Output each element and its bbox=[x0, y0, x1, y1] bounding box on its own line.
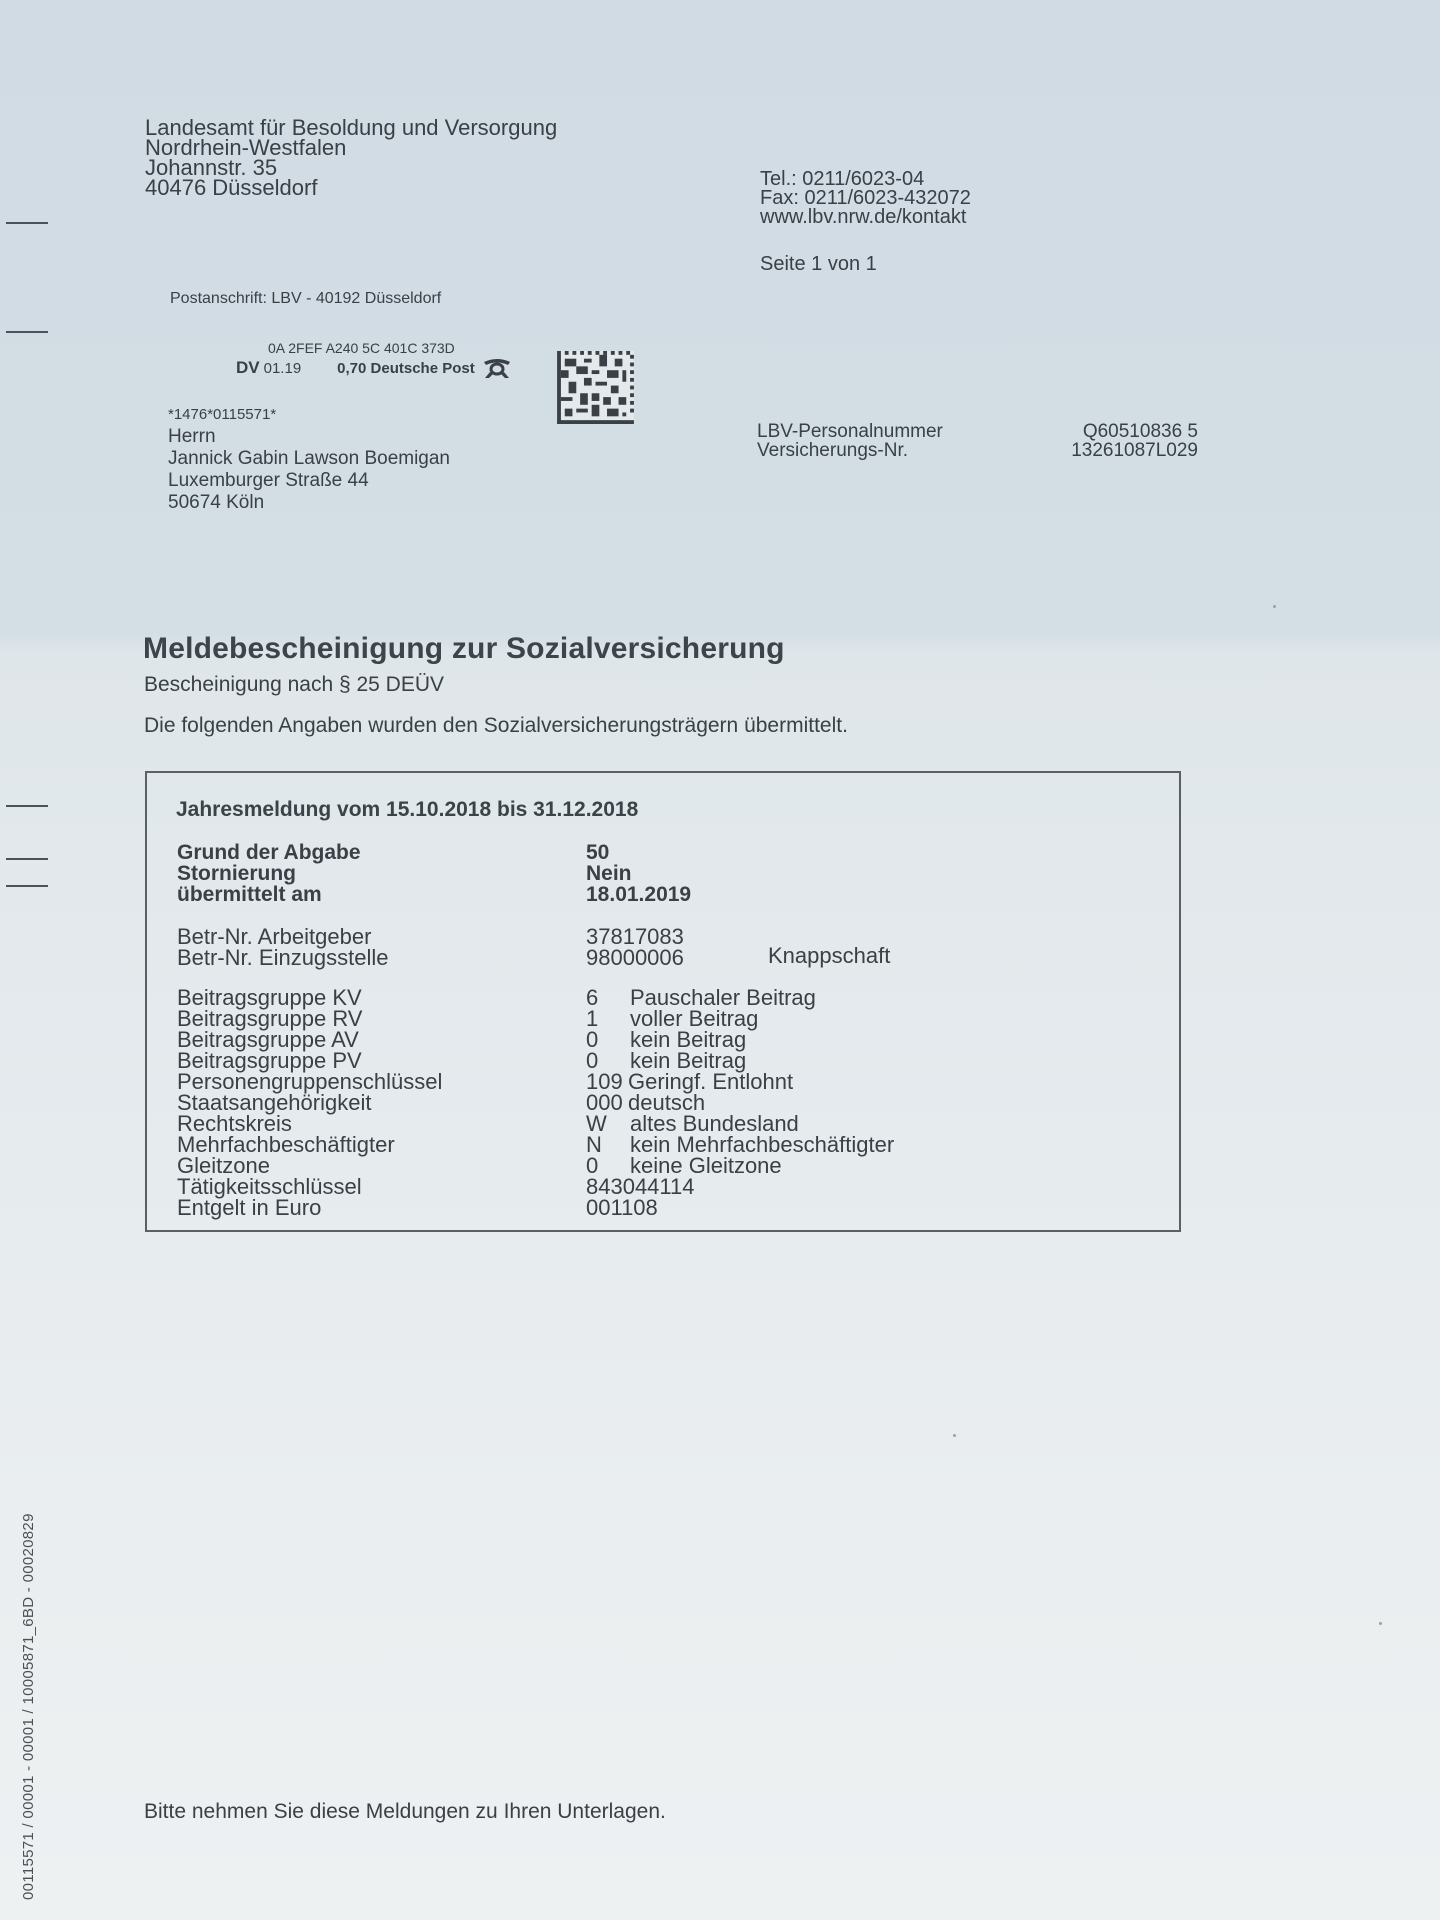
detail-label: Tätigkeitsschlüssel bbox=[177, 1176, 442, 1197]
datamatrix-code-icon bbox=[557, 351, 634, 424]
contact-info: Tel.: 0211/6023-04 Fax: 0211/6023-432072… bbox=[760, 170, 971, 227]
detail-label: Beitragsgruppe RV bbox=[177, 1008, 442, 1029]
recipient-address: *1476*0115571* Herrn Jannick Gabin Lawso… bbox=[168, 406, 450, 514]
employer-label: Betr-Nr. Einzugsstelle bbox=[177, 947, 389, 968]
detail-label: Mehrfachbeschäftigter bbox=[177, 1134, 442, 1155]
detail-label: Beitragsgruppe PV bbox=[177, 1050, 442, 1071]
identifier-labels: LBV-Personalnummer Versicherungs-Nr. bbox=[757, 422, 943, 460]
franking-stamp: DV 01.19 0,70 Deutsche Post bbox=[236, 356, 513, 380]
document-title: Meldebescheinigung zur Sozialversicherun… bbox=[143, 632, 785, 666]
report-heading: Jahresmeldung vom 15.10.2018 bis 31.12.2… bbox=[176, 798, 638, 822]
detail-descriptions: Pauschaler Beitrag voller Beitrag kein B… bbox=[630, 987, 894, 1176]
detail-label: Beitragsgruppe AV bbox=[177, 1029, 442, 1050]
recipient-reference: *1476*0115571* bbox=[168, 406, 450, 424]
detail-label: Rechtskreis bbox=[177, 1113, 442, 1134]
detail-desc: deutsch bbox=[628, 1092, 894, 1113]
dv-date: 01.19 bbox=[264, 360, 302, 377]
detail-desc: kein Mehrfachbeschäftigter bbox=[630, 1134, 894, 1155]
punch-mark bbox=[6, 885, 48, 887]
summary-label: Stornierung bbox=[177, 863, 361, 884]
sender-line: 40476 Düsseldorf bbox=[145, 178, 557, 198]
postage-amount: 0,70 Deutsche Post bbox=[337, 360, 475, 377]
recipient-salutation: Herrn bbox=[168, 426, 450, 448]
return-address: Postanschrift: LBV - 40192 Düsseldorf bbox=[170, 290, 441, 308]
detail-desc: kein Beitrag bbox=[630, 1029, 894, 1050]
summary-label: übermittelt am bbox=[177, 884, 361, 905]
recipient-name: Jannick Gabin Lawson Boemigan bbox=[168, 448, 450, 470]
summary-value: 50 bbox=[586, 842, 691, 863]
paper-speck bbox=[1273, 605, 1276, 608]
detail-label: Beitragsgruppe KV bbox=[177, 987, 442, 1008]
sender-address: Landesamt für Besoldung und Versorgung N… bbox=[145, 118, 557, 198]
detail-desc: voller Beitrag bbox=[630, 1008, 894, 1029]
footer-note: Bitte nehmen Sie diese Meldungen zu Ihre… bbox=[144, 1800, 666, 1824]
fold-mark bbox=[6, 222, 48, 224]
detail-label: Staatsangehörigkeit bbox=[177, 1092, 442, 1113]
page-number: Seite 1 von 1 bbox=[760, 253, 877, 276]
insurance-number: 13261087L029 bbox=[1050, 441, 1198, 460]
punch-mark bbox=[6, 858, 48, 860]
fold-mark bbox=[6, 331, 48, 333]
document-subtitle: Bescheinigung nach § 25 DEÜV bbox=[144, 673, 444, 697]
employer-labels: Betr-Nr. Arbeitgeber Betr-Nr. Einzugsste… bbox=[177, 926, 389, 968]
recipient-city: 50674 Köln bbox=[168, 492, 450, 514]
detail-desc: kein Beitrag bbox=[630, 1050, 894, 1071]
detail-label: Gleitzone bbox=[177, 1155, 442, 1176]
post-horn-icon bbox=[481, 356, 513, 380]
paper-speck bbox=[1379, 1622, 1382, 1625]
punch-mark bbox=[6, 805, 48, 807]
employer-value: 98000006 bbox=[586, 947, 684, 968]
detail-desc: keine Gleitzone bbox=[630, 1155, 894, 1176]
side-reference: 00115571 / 00001 - 00001 / 10005871_6BD … bbox=[20, 1513, 37, 1900]
summary-label: Grund der Abgabe bbox=[177, 842, 361, 863]
summary-value: Nein bbox=[586, 863, 691, 884]
dv-label: DV bbox=[236, 358, 260, 378]
employer-values: 37817083 98000006 bbox=[586, 926, 684, 968]
website-link[interactable]: www.lbv.nrw.de/kontakt bbox=[760, 208, 971, 227]
document-intro: Die folgenden Angaben wurden den Sozialv… bbox=[144, 714, 848, 738]
detail-desc: Pauschaler Beitrag bbox=[630, 987, 894, 1008]
collection-agency: Knappschaft bbox=[768, 945, 890, 966]
personal-number-label: LBV-Personalnummer bbox=[757, 422, 943, 441]
detail-desc: Geringf. Entlohnt bbox=[628, 1071, 894, 1092]
summary-value: 18.01.2019 bbox=[586, 884, 691, 905]
franking-code: 0A 2FEF A240 5C 401C 373D bbox=[268, 340, 455, 356]
insurance-number-label: Versicherungs-Nr. bbox=[757, 441, 943, 460]
personal-number: Q60510836 5 bbox=[1050, 422, 1198, 441]
detail-code: 001108 bbox=[586, 1197, 695, 1218]
paper-speck bbox=[953, 1434, 956, 1437]
employer-value: 37817083 bbox=[586, 926, 684, 947]
detail-code: 843044114 bbox=[586, 1176, 695, 1197]
detail-label: Entgelt in Euro bbox=[177, 1197, 442, 1218]
employer-label: Betr-Nr. Arbeitgeber bbox=[177, 926, 389, 947]
identifier-values: Q60510836 5 13261087L029 bbox=[1050, 422, 1198, 460]
recipient-street: Luxemburger Straße 44 bbox=[168, 470, 450, 492]
summary-values: 50 Nein 18.01.2019 bbox=[586, 842, 691, 905]
detail-labels: Beitragsgruppe KV Beitragsgruppe RV Beit… bbox=[177, 987, 442, 1218]
detail-label: Personengruppenschlüssel bbox=[177, 1071, 442, 1092]
summary-labels: Grund der Abgabe Stornierung übermittelt… bbox=[177, 842, 361, 905]
detail-desc: altes Bundesland bbox=[630, 1113, 894, 1134]
